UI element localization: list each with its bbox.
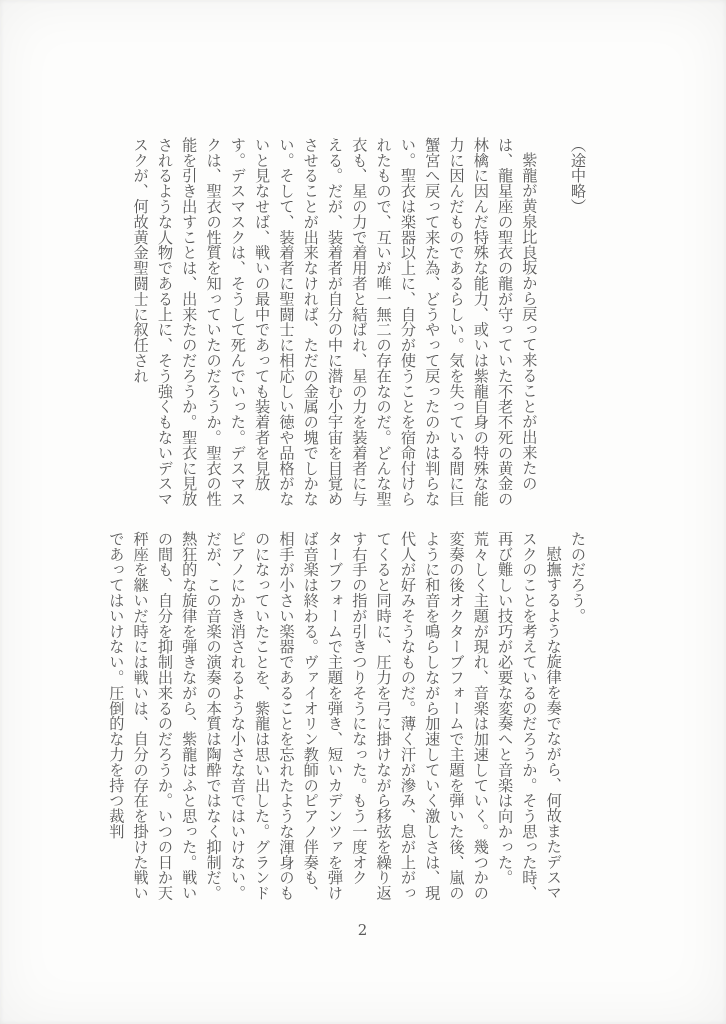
upper-paragraph: 紫龍が黄泉比良坂から戻って来ることが出来たのは、龍星座の聖衣の龍が守っていた不老… bbox=[128, 137, 541, 518]
page-number: 2 bbox=[0, 921, 726, 939]
paragraph-continuation: たのだろう。 bbox=[566, 531, 590, 912]
scanned-novel-page: （途中略） 紫龍が黄泉比良坂から戻って来ることが出来たのは、龍星座の聖衣の龍が守… bbox=[0, 0, 726, 1024]
upper-text-block: （途中略） 紫龍が黄泉比良坂から戻って来ることが出来たのは、龍星座の聖衣の龍が守… bbox=[128, 137, 590, 518]
lower-paragraph: 慰撫するような旋律を奏でながら、何故またデスマスクのことを考えているのだろうか。… bbox=[104, 531, 566, 912]
lower-text-block: たのだろう。 慰撫するような旋律を奏でながら、何故またデスマスクのことを考えてい… bbox=[104, 531, 590, 912]
section-omission-marker: （途中略） bbox=[566, 137, 590, 518]
